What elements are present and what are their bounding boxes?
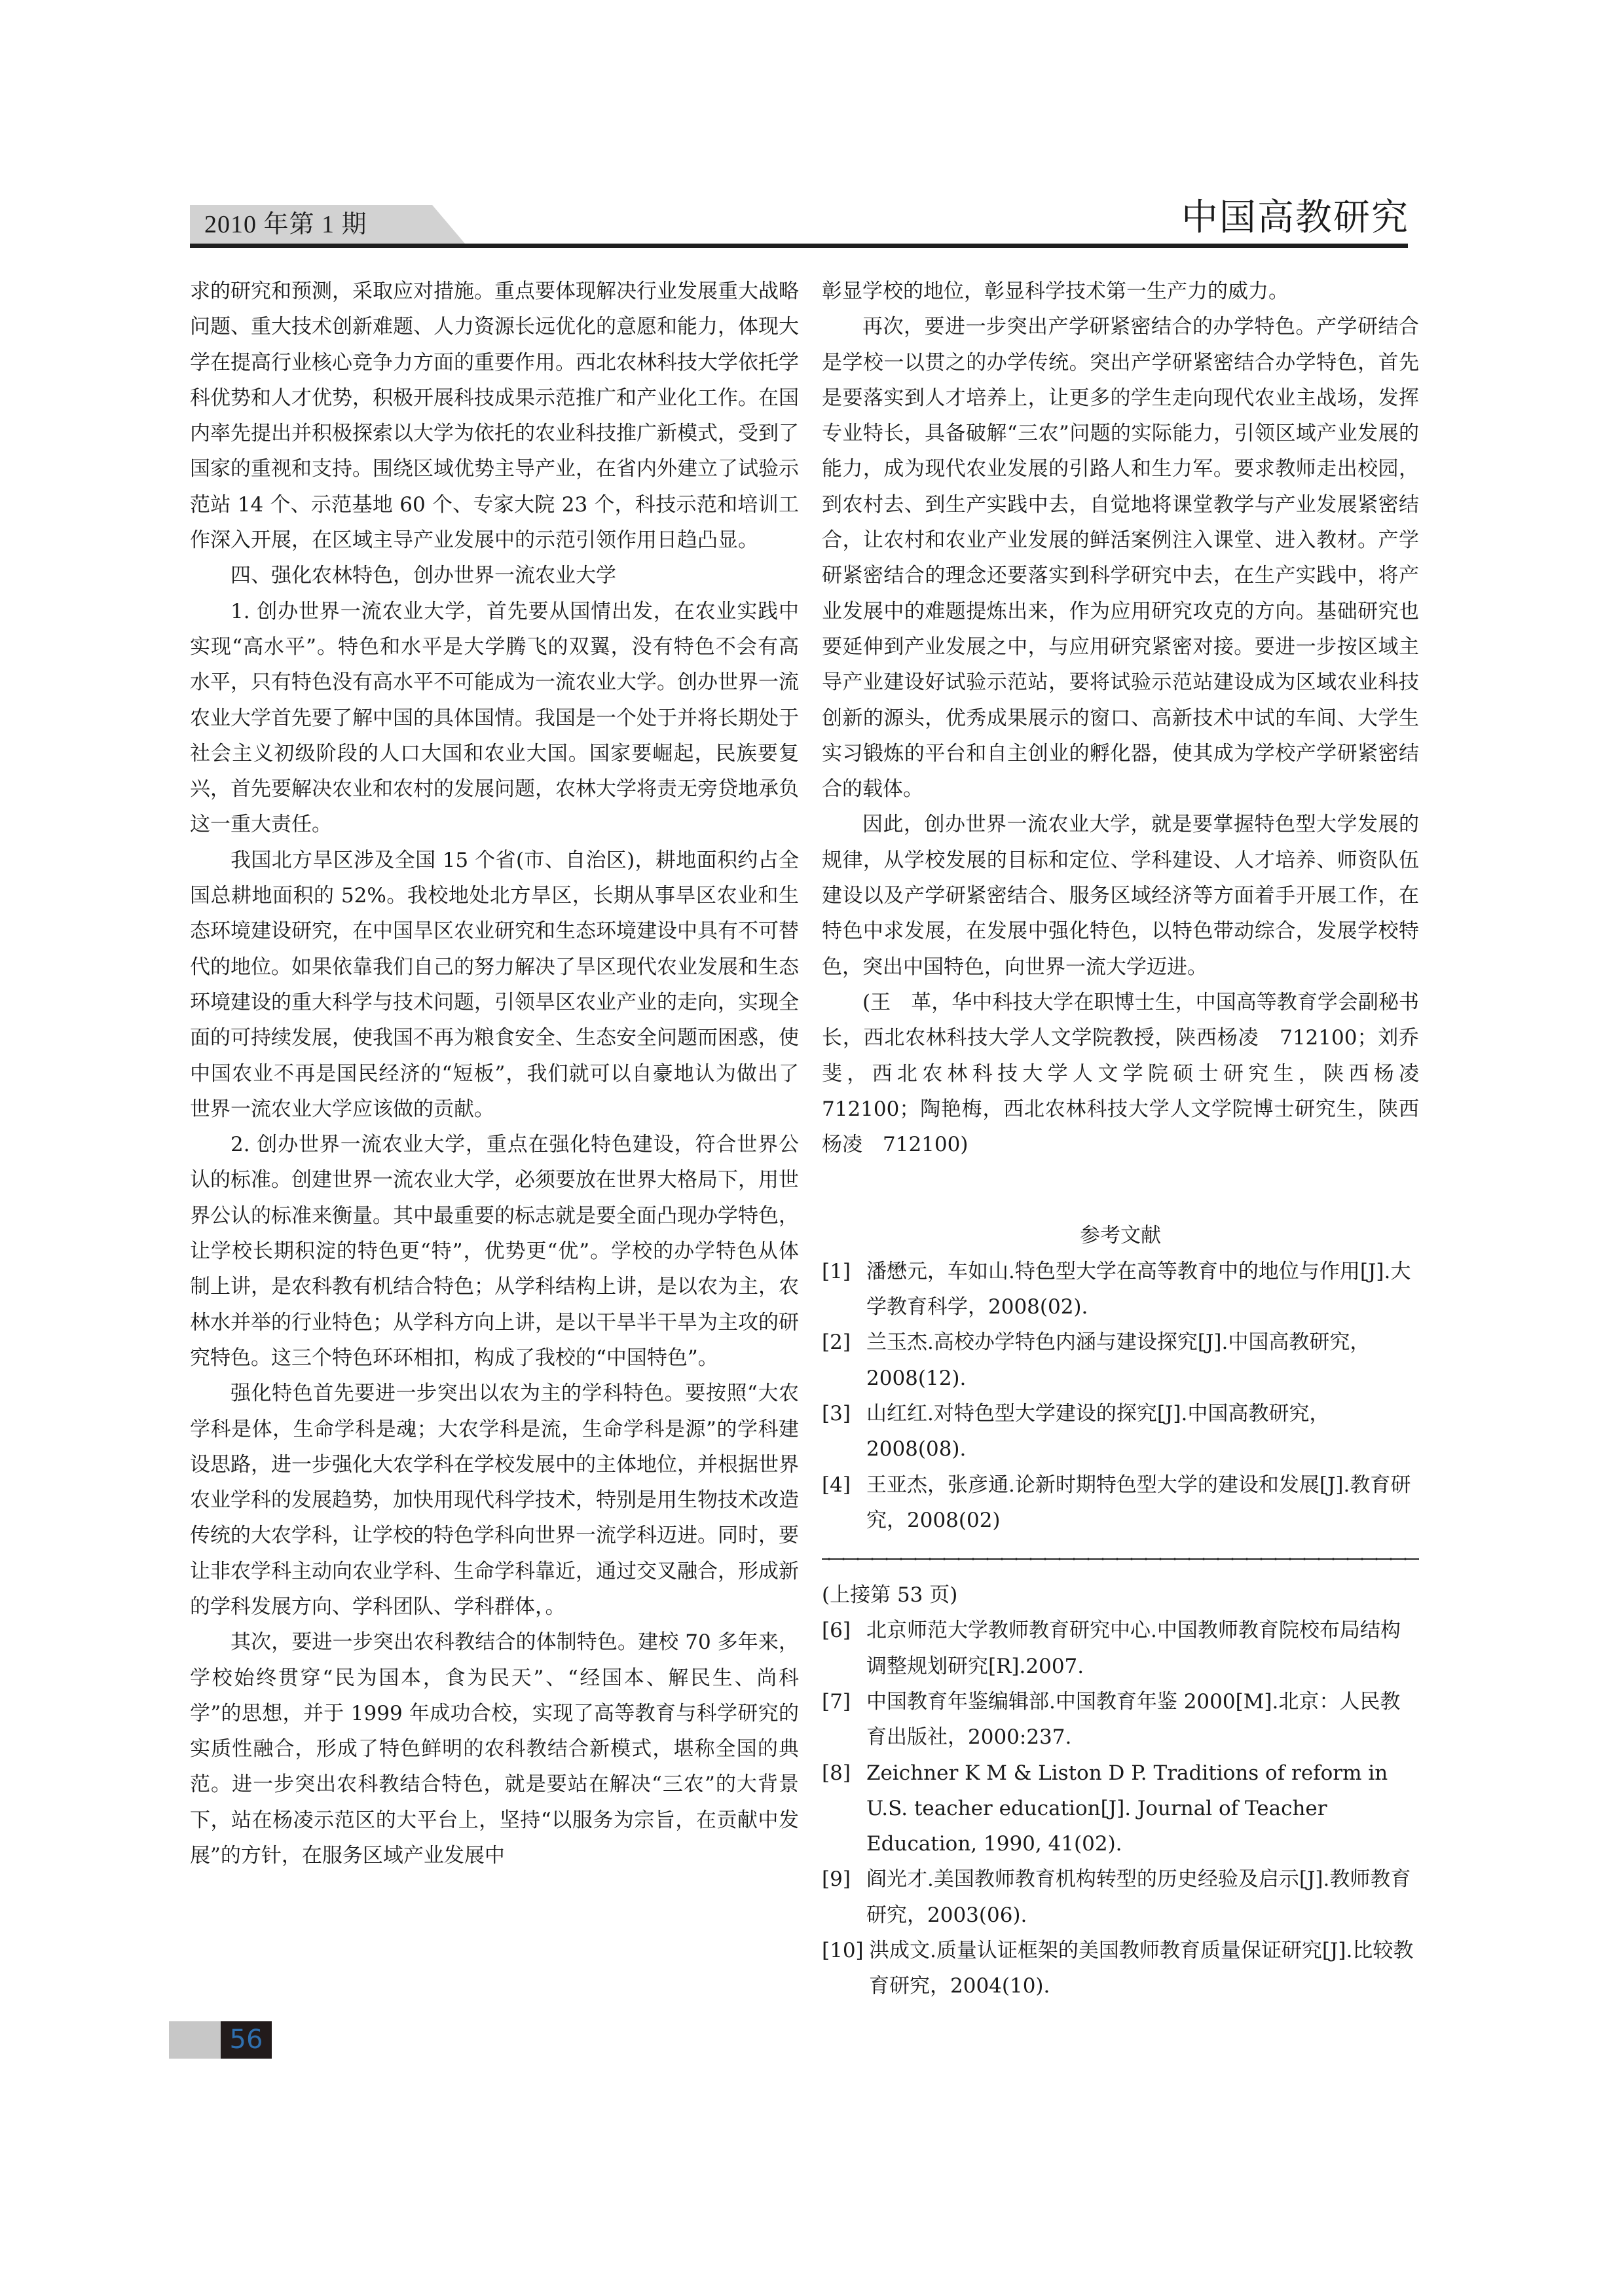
section-divider	[822, 1554, 1419, 1564]
section-heading: 四、强化农林特色，创办世界一流农业大学	[190, 558, 799, 593]
reference-number: [7]	[822, 1684, 866, 1755]
header-rule	[190, 244, 1408, 248]
reference-text: 潘懋元，车如山.特色型大学在高等教育中的地位与作用[J].大学教育科学，2008…	[866, 1254, 1419, 1325]
author-note: (王 革，华中科技大学在职博士生，中国高等教育学会副秘书长，西北农林科技大学人文…	[822, 985, 1419, 1162]
reference-number: [8]	[822, 1755, 866, 1862]
reference-text: 王亚杰，张彦通.论新时期特色型大学的建设和发展[J].教育研究，2008(02)	[866, 1467, 1419, 1539]
paragraph: 1. 创办世界一流农业大学，首先要从国情出发，在农业实践中实现“高水平”。特色和…	[190, 594, 799, 843]
reference-item: [2] 兰玉杰.高校办学特色内涵与建设探究[J].中国高教研究，2008(12)…	[822, 1325, 1419, 1396]
page-number: 56	[221, 2021, 272, 2059]
paragraph: 求的研究和预测，采取应对措施。重点要体现解决行业发展重大战略问题、重大技术创新难…	[190, 274, 799, 558]
issue-label: 2010 年第 1 期	[204, 208, 367, 241]
reference-list: [1] 潘懋元，车如山.特色型大学在高等教育中的地位与作用[J].大学教育科学，…	[822, 1254, 1419, 1538]
reference-number: [1]	[822, 1254, 866, 1325]
continued-reference-list: [6] 北京师范大学教师教育研究中心.中国教师教育院校布局结构调整规划研究[R]…	[822, 1613, 1419, 2004]
reference-number: [3]	[822, 1396, 866, 1467]
reference-item: [10] 洪成文.质量认证框架的美国教师教育质量保证研究[J].比较教育研究，2…	[822, 1933, 1419, 2004]
reference-text: 兰玉杰.高校办学特色内涵与建设探究[J].中国高教研究，2008(12).	[866, 1325, 1419, 1396]
journal-title: 中国高教研究	[1181, 196, 1409, 240]
reference-number: [2]	[822, 1325, 866, 1396]
page-number-band	[169, 2021, 221, 2059]
reference-item: [8] Zeichner K M & Liston D P. Tradition…	[822, 1755, 1419, 1862]
reference-item: [3] 山红红.对特色型大学建设的探究[J].中国高教研究，2008(08).	[822, 1396, 1419, 1467]
reference-text: 阎光才.美国教师教育机构转型的历史经验及启示[J].教师教育研究，2003(06…	[866, 1862, 1419, 1933]
continued-note: (上接第 53 页)	[822, 1577, 1419, 1613]
reference-text: 洪成文.质量认证框架的美国教师教育质量保证研究[J].比较教育研究，2004(1…	[869, 1933, 1419, 2004]
reference-text: Zeichner K M & Liston D P. Traditions of…	[866, 1755, 1419, 1862]
reference-item: [9] 阎光才.美国教师教育机构转型的历史经验及启示[J].教师教育研究，200…	[822, 1862, 1419, 1933]
reference-number: [10]	[822, 1933, 869, 2004]
paragraph: 彰显学校的地位，彰显科学技术第一生产力的威力。	[822, 274, 1419, 309]
left-column: 求的研究和预测，采取应对措施。重点要体现解决行业发展重大战略问题、重大技术创新难…	[190, 274, 799, 1873]
paragraph: 再次，要进一步突出产学研紧密结合的办学特色。产学研结合是学校一以贯之的办学传统。…	[822, 309, 1419, 807]
paragraph: 强化特色首先要进一步突出以农为主的学科特色。要按照“大农学科是体，生命学科是魂；…	[190, 1376, 799, 1625]
reference-item: [4] 王亚杰，张彦通.论新时期特色型大学的建设和发展[J].教育研究，2008…	[822, 1467, 1419, 1539]
reference-text: 山红红.对特色型大学建设的探究[J].中国高教研究，2008(08).	[866, 1396, 1419, 1467]
paragraph: 我国北方旱区涉及全国 15 个省(市、自治区)，耕地面积约占全国总耕地面积的 5…	[190, 843, 799, 1127]
paragraph: 2. 创办世界一流农业大学，重点在强化特色建设，符合世界公认的标准。创建世界一流…	[190, 1127, 799, 1376]
paragraph: 其次，要进一步突出农科教结合的体制特色。建校 70 多年来，学校始终贯穿“民为国…	[190, 1625, 799, 1873]
right-column: 彰显学校的地位，彰显科学技术第一生产力的威力。 再次，要进一步突出产学研紧密结合…	[822, 274, 1419, 2004]
reference-item: [1] 潘懋元，车如山.特色型大学在高等教育中的地位与作用[J].大学教育科学，…	[822, 1254, 1419, 1325]
reference-text: 中国教育年鉴编辑部.中国教育年鉴 2000[M].北京：人民教育出版社，2000…	[866, 1684, 1419, 1755]
reference-number: [9]	[822, 1862, 866, 1933]
references-title: 参考文献	[822, 1218, 1419, 1253]
reference-number: [4]	[822, 1467, 866, 1539]
reference-text: 北京师范大学教师教育研究中心.中国教师教育院校布局结构调整规划研究[R].200…	[866, 1613, 1419, 1684]
reference-number: [6]	[822, 1613, 866, 1684]
reference-item: [6] 北京师范大学教师教育研究中心.中国教师教育院校布局结构调整规划研究[R]…	[822, 1613, 1419, 1684]
reference-item: [7] 中国教育年鉴编辑部.中国教育年鉴 2000[M].北京：人民教育出版社，…	[822, 1684, 1419, 1755]
paragraph: 因此，创办世界一流农业大学，就是要掌握特色型大学发展的规律，从学校发展的目标和定…	[822, 807, 1419, 984]
